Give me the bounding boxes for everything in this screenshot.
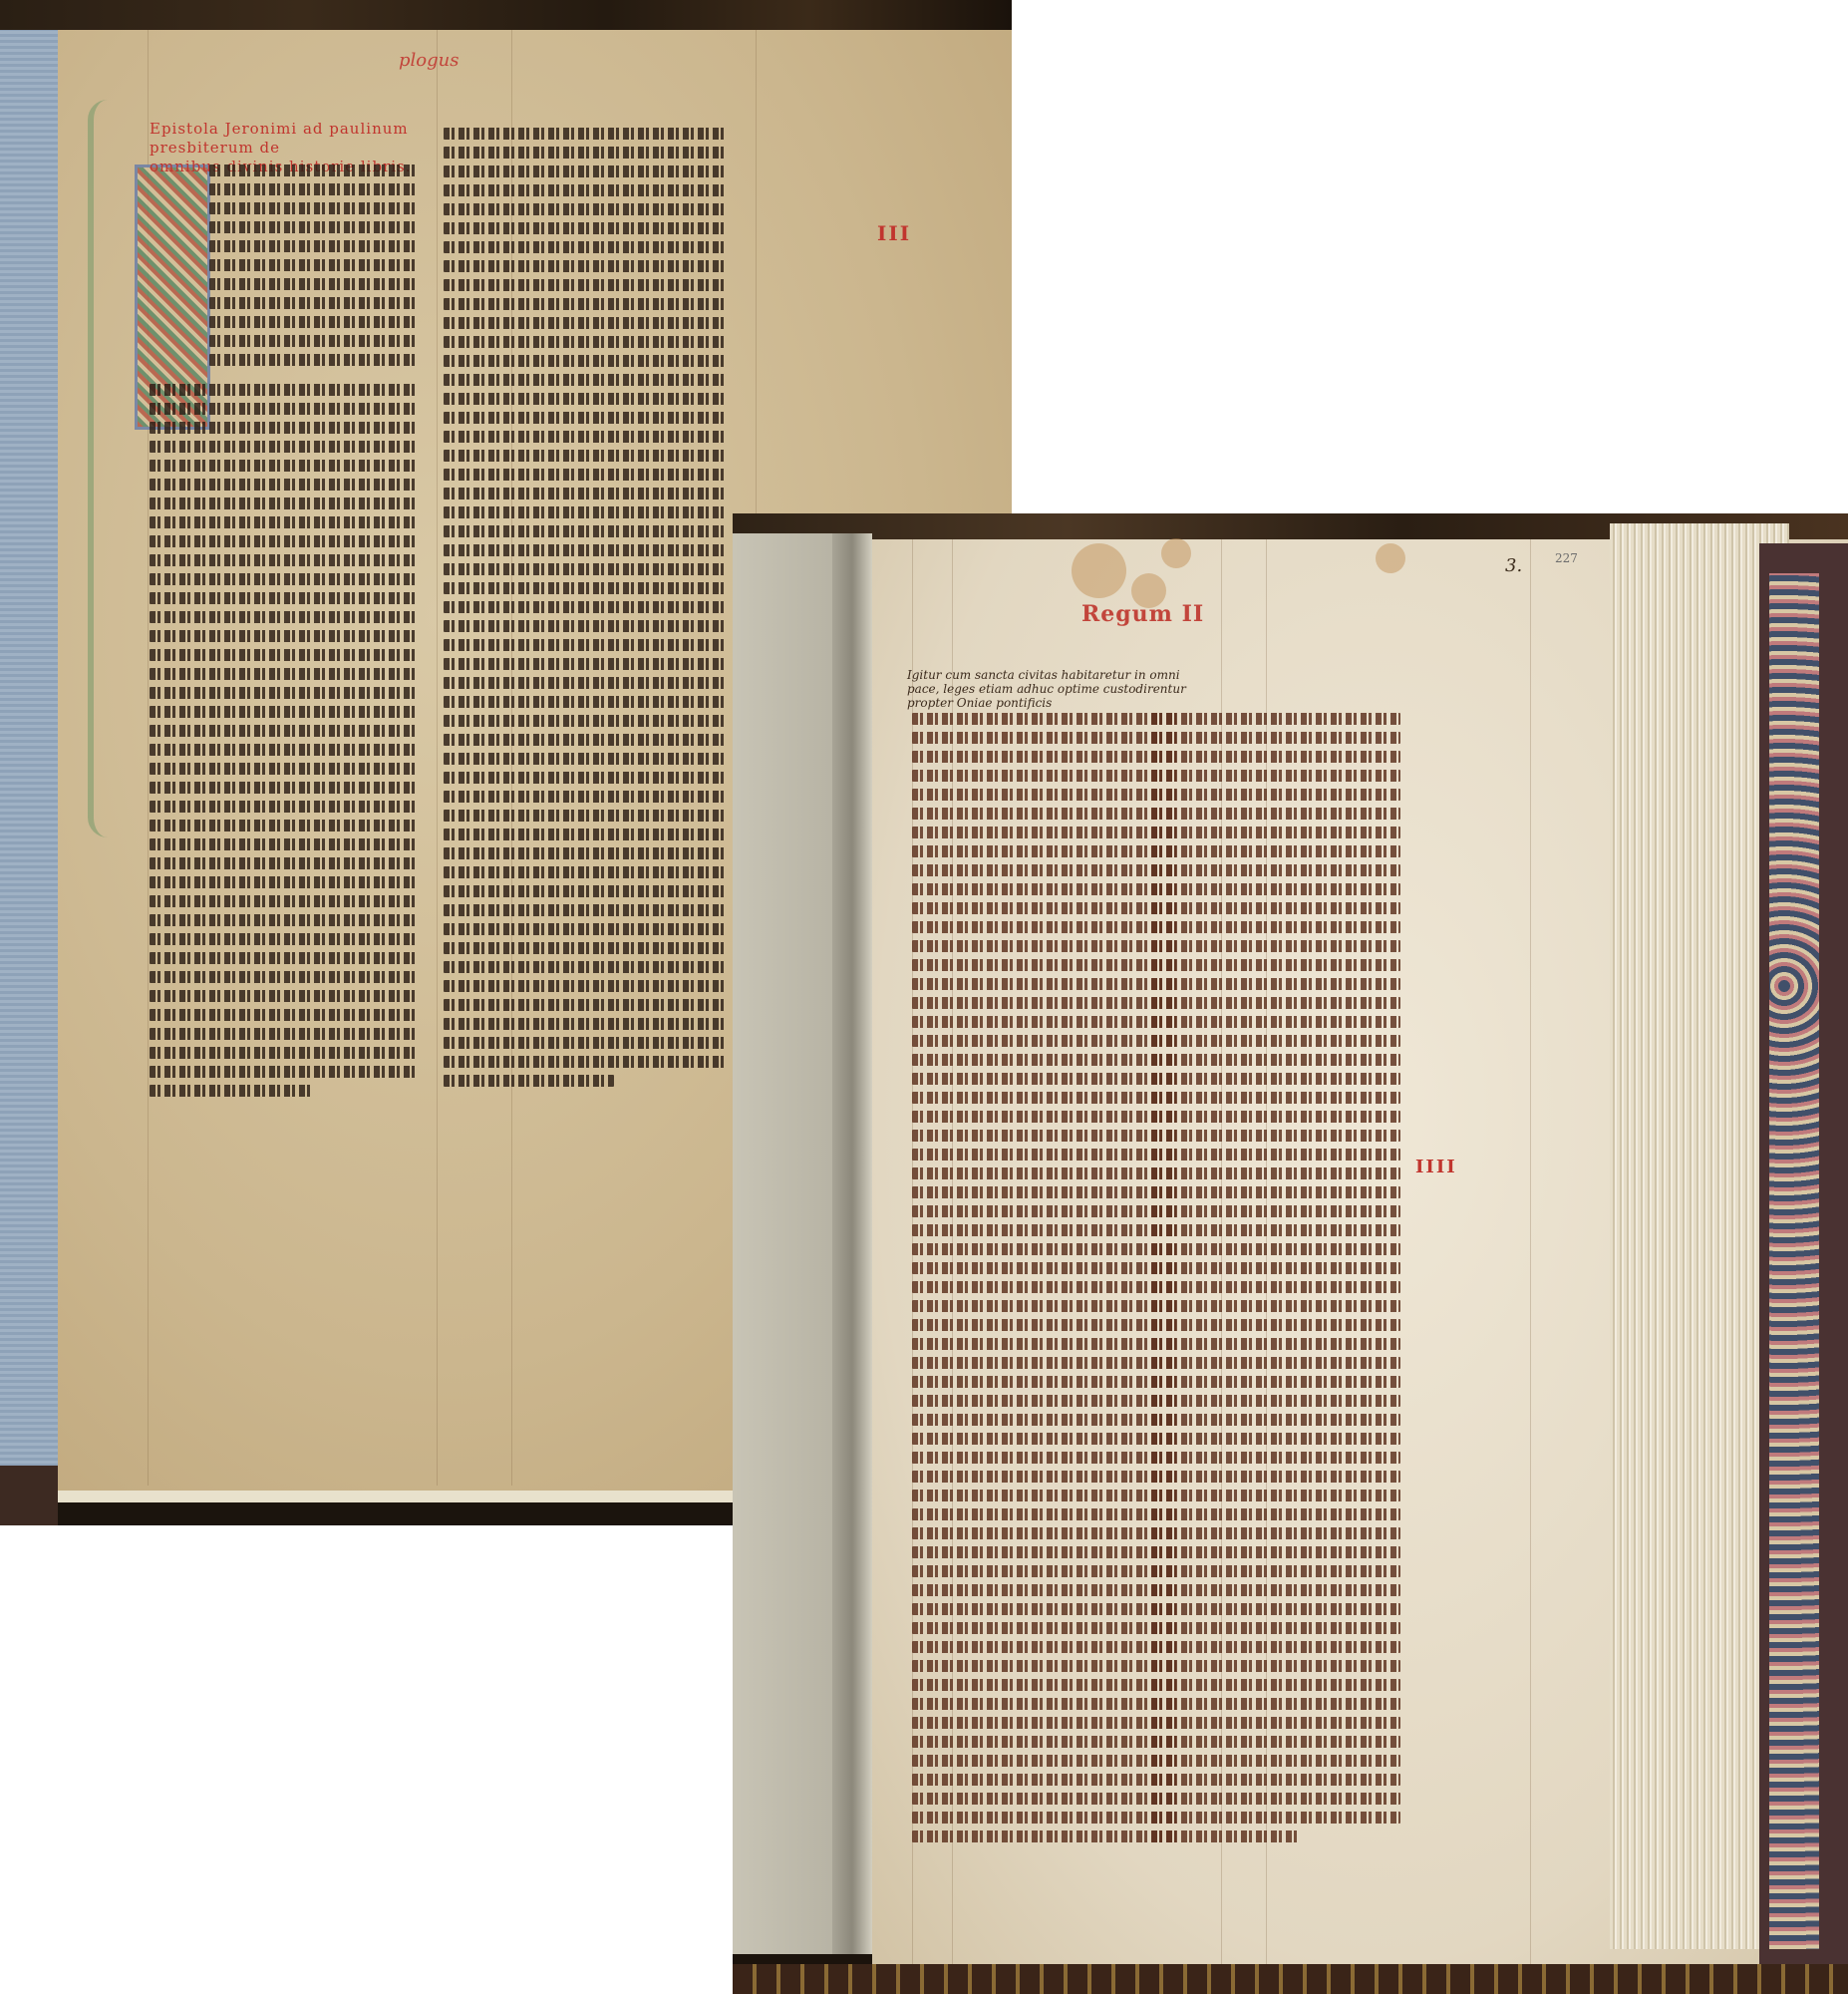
pencil-foliation: 227	[1555, 551, 1578, 565]
text-column-2	[444, 128, 728, 1110]
marginal-note: Igitur cum sancta civitas habitaretur in…	[907, 668, 1186, 710]
text-column-1	[912, 713, 1176, 1869]
rubric-line: Epistola Jeronimi ad paulinum presbiteru…	[150, 120, 419, 158]
note-line: pace, leges etiam adhuc optime custodire…	[907, 682, 1186, 696]
running-head: Regum II	[1081, 601, 1204, 627]
ruling-line	[437, 30, 438, 1486]
water-stain	[1161, 538, 1191, 568]
verso-leaf-edge	[733, 533, 842, 1954]
water-stain	[1072, 543, 1126, 598]
margin-numeral: III	[877, 221, 911, 245]
note-line: propter Oniae pontificis	[907, 696, 1186, 710]
text-column-1	[150, 384, 419, 1112]
right-open-book-photo: Regum II 3. 227 Igitur cum sancta civita…	[733, 513, 1848, 1994]
gutter-shadow	[832, 533, 872, 1954]
running-head-text: Regum II	[1081, 601, 1204, 627]
note-line: Igitur cum sancta civitas habitaretur in…	[907, 668, 1186, 682]
decorated-border	[88, 100, 142, 837]
folio-number: 3.	[1505, 555, 1522, 576]
running-head: plogus	[399, 50, 459, 71]
gilt-cover-edge	[733, 1964, 1848, 1994]
marbled-endpaper	[1769, 573, 1819, 1949]
ruling-line	[1530, 539, 1531, 1965]
blue-cloth-binding	[0, 30, 58, 1505]
shelf-background	[0, 0, 1012, 32]
binding-corner	[0, 1466, 58, 1525]
chapter-numeral: IIII	[1415, 1157, 1457, 1177]
text-column-1a	[209, 165, 419, 384]
water-stain	[1376, 543, 1405, 573]
text-column-2	[1151, 713, 1400, 1869]
